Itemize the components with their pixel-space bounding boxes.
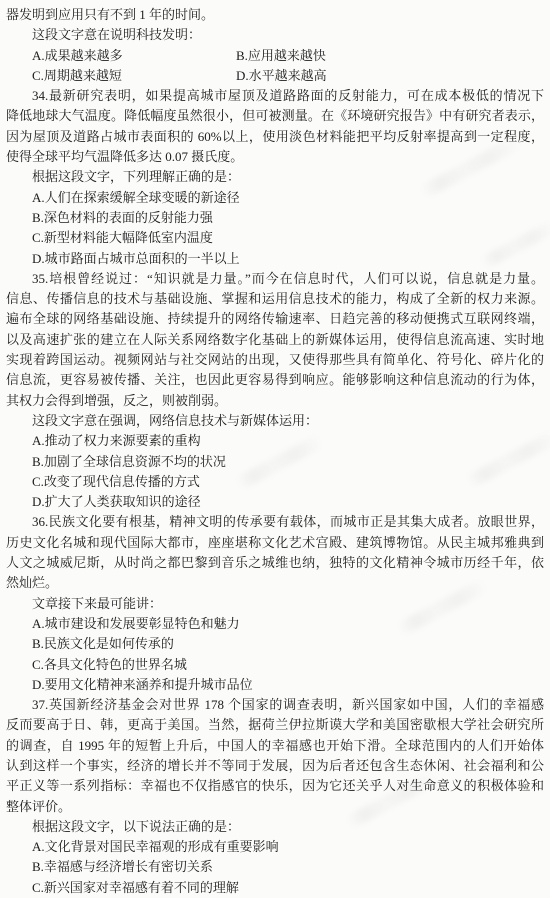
text-line: 实现着跨国运动。视频网站与社交网站的出现，又使得那些具有简单化、符号化、碎片化的 [6,350,544,370]
option-c: C.周期越来越短 [32,66,236,86]
text-line: B.加剧了全球信息资源不均的状况 [6,452,544,472]
document-page: 器发明到应用只有不到 1 年的时间。这段文字意在说明科技发明：A.成果越来越多B… [0,0,550,898]
text-line: B.深色材料的表面的反射能力强 [6,208,544,228]
text-line: 37.英国新经济基金会对世界 178 个国家的调查表明，新兴国家如中国，人们的幸… [6,695,544,715]
text-line: 根据这段文字，下列理解正确的是： [6,167,544,187]
text-line: B.民族文化是如何传承的 [6,634,544,654]
text-line: 根据这段文字，以下说法正确的是： [6,817,544,837]
text-line: 其权力会得到增强，反之，则被削弱。 [6,391,544,411]
text-line: A.文化背景对国民幸福观的形成有重要影响 [6,837,544,857]
text-line: 信息流，更容易被传播、关注，也因此更容易得到响应。能够影响这种信息流动的行为体， [6,370,544,390]
options-row: C.周期越来越短D.水平越来越高 [6,66,544,86]
option-d: D.水平越来越高 [236,66,327,86]
text-line: 因为屋顶及道路占城市表面积的 60%以上，使用淡色材料能把平均反射率提高到一定程… [6,127,544,147]
text-line: A.人们在探索缓解全球变暖的新途径 [6,188,544,208]
document-body: 器发明到应用只有不到 1 年的时间。这段文字意在说明科技发明：A.成果越来越多B… [0,0,550,898]
text-line: 平正义等一系列指标：幸福也不仅指感官的快乐，因为它还关乎人对生命意义的积极体验和 [6,776,544,796]
text-line: C.新型材料能大幅降低室内温度 [6,228,544,248]
text-line: C.改变了现代信息传播的方式 [6,472,544,492]
text-line: 34.最新研究表明，如果提高城市屋顶及道路路面的反射能力，可在成本极低的情况下 [6,86,544,106]
text-line: 降低地球大气温度。降低幅度虽然很小，但可被测量。在《环境研究报告》中有研究者表示… [6,106,544,126]
option-a: A.成果越来越多 [32,46,236,66]
text-line: 认到这样一个事实，经济的增长并不等同于发展，因为后者还包含生态休闲、社会福利和公 [6,756,544,776]
text-line: D.扩大了人类获取知识的途径 [6,492,544,512]
text-line: 历史文化名城和现代国际大都市，座座堪称文化艺术宫殿、建筑博物馆。从民主城邦雅典到 [6,533,544,553]
options-row: A.成果越来越多B.应用越来越快 [6,46,544,66]
text-line: 36.民族文化要有根基，精神文明的传承要有载体，而城市正是其集大成者。放眼世界， [6,512,544,532]
text-line: 反而要高于日、韩，更高于美国。当然，据荷兰伊拉斯谟大学和美国密歇根大学社会研究所 [6,715,544,735]
text-line: 以及高速扩张的建立在人际关系网络数字化基础上的新媒体运用，使得信息流高速、实时地 [6,330,544,350]
text-line: 然灿烂。 [6,573,544,593]
text-line: 文章接下来最可能讲： [6,594,544,614]
text-line: 使得全球平均气温降低多达 0.07 摄氏度。 [6,147,544,167]
text-line: A.推动了权力来源要素的重构 [6,431,544,451]
text-line: C.新兴国家对幸福感有着不同的理解 [6,878,544,898]
text-line: 35.培根曾经说过：“知识就是力量。”而今在信息时代，人们可以说，信息就是力量。 [6,269,544,289]
text-line: 人文之城威尼斯，从时尚之都巴黎到音乐之城维也纳，独特的文化精神令城市历经千年，依 [6,553,544,573]
text-line: B.幸福感与经济增长有密切关系 [6,857,544,877]
text-line: D.要用文化精神来涵养和提升城市品位 [6,675,544,695]
text-line: 器发明到应用只有不到 1 年的时间。 [6,5,544,25]
text-line: 的调查，自 1995 年的短暂上升后，中国人的幸福感也开始下滑。全球范围内的人们… [6,736,544,756]
text-line: 信息、传播信息的技术与基础设施、掌握和运用信息技术的能力，构成了全新的权力来源。 [6,289,544,309]
text-line: D.城市路面占城市总面积的一半以上 [6,249,544,269]
text-line: 遍布全球的网络基础设施、持续提升的网络传输速率、日趋完善的移动便携式互联网终端， [6,309,544,329]
option-b: B.应用越来越快 [236,46,326,66]
text-line: 整体评价。 [6,797,544,817]
text-line: 这段文字意在说明科技发明： [6,25,544,45]
text-line: C.各具文化特色的世界名城 [6,655,544,675]
text-line: A.城市建设和发展要彰显特色和魅力 [6,614,544,634]
text-line: 这段文字意在强调，网络信息技术与新媒体运用： [6,411,544,431]
